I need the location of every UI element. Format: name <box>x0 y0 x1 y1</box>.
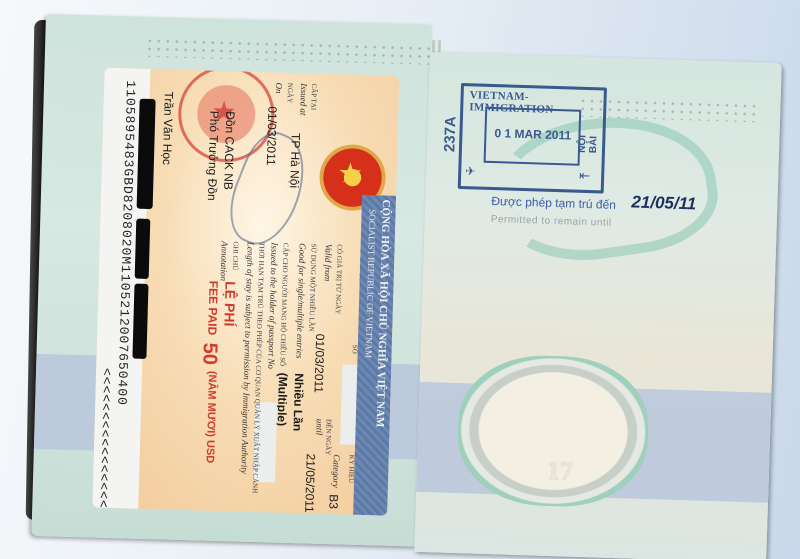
fee-label-en: FEE PAID <box>205 281 221 336</box>
stamp-date: 0 1 MAR 2011 <box>494 126 571 142</box>
holder-label-en: Issued to the holder of passport No <box>266 242 280 369</box>
valid-from-label-vi: CÓ GIÁ TRỊ TỪ NGÀY <box>334 244 344 314</box>
fee-amount: 50 <box>197 342 221 365</box>
issued-on-label-en: On <box>274 82 284 93</box>
perforated-number <box>145 37 432 65</box>
issued-at-label-en: Issued at <box>298 83 309 116</box>
entries-value: Nhiều Lần <box>290 373 306 431</box>
valid-from-value: 01/03/2011 <box>312 334 328 394</box>
until-label-en: until <box>314 419 324 436</box>
redaction-mark <box>135 219 151 279</box>
star-icon: ★ <box>337 158 363 189</box>
category-label-en: Category <box>331 454 342 488</box>
issued-at-label-vi: CẤP TẠI <box>309 83 318 110</box>
issuer-title: Phó Trưởng Đồn <box>205 111 222 201</box>
passport-right-page: VIETNAM-IMMIGRATION 237A 0 1 MAR 2011 NỘ… <box>414 52 782 559</box>
stamp-port: NỘI BÀI <box>577 125 600 154</box>
entries-label-vi: SỬ DỤNG MỘT NHIỀU LẦN <box>307 243 317 331</box>
fee-label-vi: LỆ PHÍ <box>221 281 238 327</box>
immigration-entry-stamp: VIETNAM-IMMIGRATION 237A 0 1 MAR 2011 NỘ… <box>458 83 607 194</box>
issuer-office: Đồn CACK NB <box>221 111 237 190</box>
issued-on-label-vi: NGÀY <box>286 83 295 103</box>
fee-words: (NĂM MƯƠI) USD <box>204 371 219 464</box>
annotation-label-en: Annotation <box>219 241 230 281</box>
issued-at-value: TP Hà Nội <box>287 133 303 189</box>
country-band: CỘNG HÒA XÃ HỘI CHỦ NGHĨA VIỆT NAM SOCIA… <box>353 195 396 516</box>
category-value: B3 <box>326 494 340 509</box>
until-value: 21/05/2011 <box>302 453 318 513</box>
arrow-in-icon: ⇤ <box>579 168 590 184</box>
entries-value-en: (Multiple) <box>275 373 290 427</box>
visa-sticker: 1105895483GBD8208020M1105212007650400 <<… <box>92 68 399 516</box>
passport-left-page: 1105895483GBD8208020M1105212007650400 <<… <box>31 14 431 547</box>
valid-from-label-en: Valid from <box>323 244 334 282</box>
annotation-label-vi: GHI CHÚ <box>231 241 240 270</box>
redaction-mark <box>132 284 148 359</box>
holder-label-vi: CẤP CHO NGƯỜI MANG HỘ CHIẾU SỐ <box>278 243 289 367</box>
until-label-vi: ĐẾN NGÀY <box>324 419 333 456</box>
stamp-date-box: 0 1 MAR 2011 <box>484 107 582 166</box>
stamp-code: 237A <box>441 116 459 152</box>
issued-on-value: 01/03/2011 <box>264 106 280 166</box>
issuer-name: Trần Văn Học <box>160 91 176 165</box>
page-number: 17 <box>546 456 573 487</box>
permit-handwritten-date: 21/05/11 <box>631 192 697 214</box>
airplane-icon: ✈ <box>465 164 475 178</box>
redaction-mark <box>137 99 156 209</box>
entries-label-en: Good for single/multiple entries <box>294 243 307 358</box>
